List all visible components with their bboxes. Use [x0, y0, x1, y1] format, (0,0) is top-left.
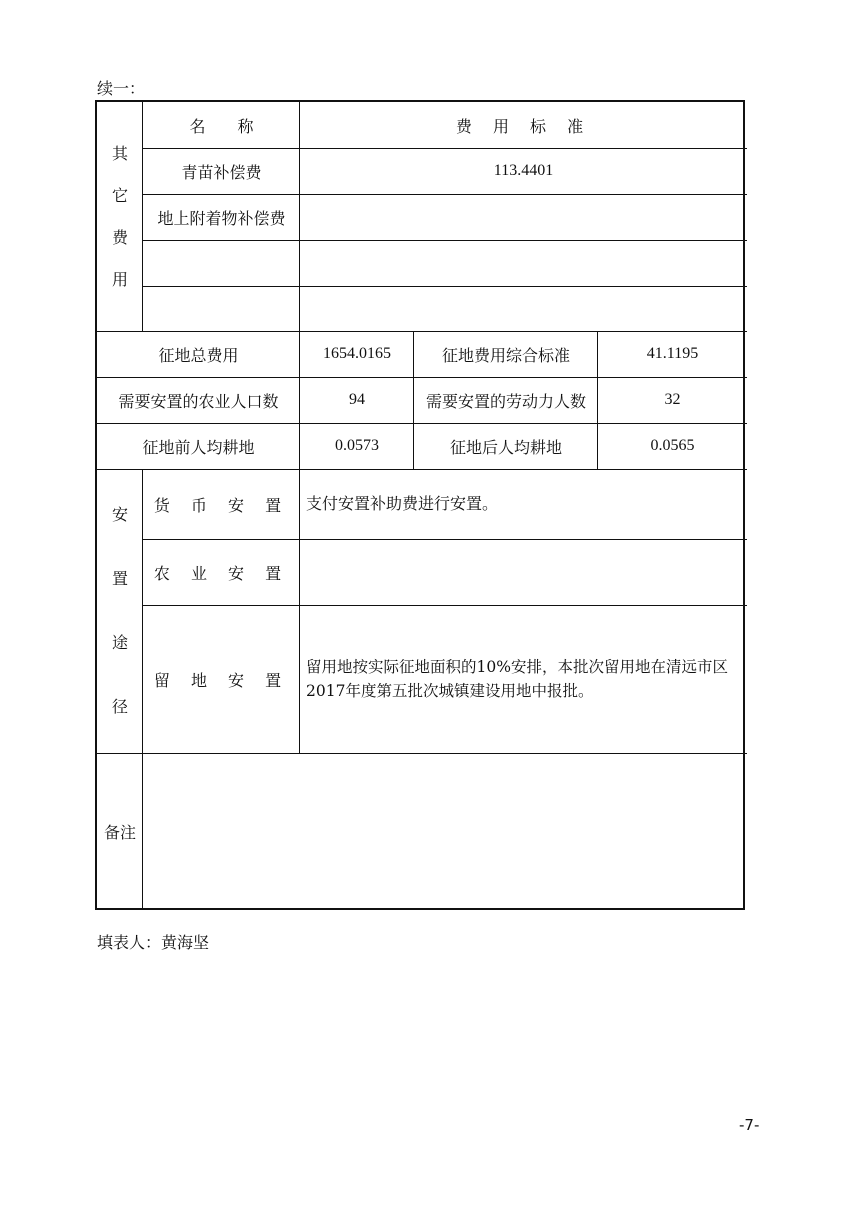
- fee-value: [300, 240, 747, 286]
- summary-label: 需要安置的农业人口数: [97, 377, 300, 423]
- summary-value: 0.0565: [598, 423, 747, 469]
- fee-value: [300, 194, 747, 240]
- resettlement-name: 农 业 安 置: [143, 539, 300, 605]
- table-caption: 续一：: [97, 76, 145, 99]
- fee-name: [143, 286, 300, 331]
- fee-value: [300, 286, 747, 331]
- page-number: -7-: [739, 1116, 759, 1134]
- summary-label: 需要安置的劳动力人数: [414, 377, 598, 423]
- summary-value: 0.0573: [300, 423, 414, 469]
- category-char: 置: [112, 547, 128, 611]
- remarks-value: [143, 753, 747, 910]
- summary-label: 征地后人均耕地: [414, 423, 598, 469]
- resettlement-name: 留 地 安 置: [143, 605, 300, 753]
- category-char: 途: [112, 611, 128, 675]
- remarks-label: 备注: [97, 753, 143, 910]
- resettlement-value: 支付安置补助费进行安置。: [300, 469, 747, 539]
- resettlement-name: 货 币 安 置: [143, 469, 300, 539]
- fee-value: 113.4401: [300, 148, 747, 194]
- fee-name: 青苗补偿费: [143, 148, 300, 194]
- summary-value: 94: [300, 377, 414, 423]
- category-char: 它: [112, 175, 128, 217]
- fee-name: [143, 240, 300, 286]
- summary-value: 32: [598, 377, 747, 423]
- header-name: 名 称: [143, 102, 300, 148]
- category-char: 用: [112, 259, 128, 301]
- resettlement-category: 安 置 途 径: [97, 469, 143, 753]
- resettlement-value: [300, 539, 747, 605]
- category-char: 径: [112, 675, 128, 739]
- resettlement-value: 留用地按实际征地面积的10%安排，本批次留用地在清远市区2017年度第五批次城镇…: [300, 605, 747, 753]
- form-filler: 填表人：黄海坚: [97, 930, 209, 953]
- category-char: 费: [112, 217, 128, 259]
- land-acquisition-table: 其 它 费 用 名 称 费 用 标 准 青苗补偿费 113.4401 地上附着物…: [95, 100, 745, 910]
- summary-label: 征地费用综合标准: [414, 331, 598, 377]
- summary-label: 征地前人均耕地: [97, 423, 300, 469]
- summary-value: 41.1195: [598, 331, 747, 377]
- fee-name: 地上附着物补偿费: [143, 194, 300, 240]
- header-standard: 费 用 标 准: [300, 102, 747, 148]
- summary-label: 征地总费用: [97, 331, 300, 377]
- category-char: 安: [112, 483, 128, 547]
- category-char: 其: [112, 133, 128, 175]
- other-fees-category: 其 它 费 用: [97, 102, 143, 331]
- summary-value: 1654.0165: [300, 331, 414, 377]
